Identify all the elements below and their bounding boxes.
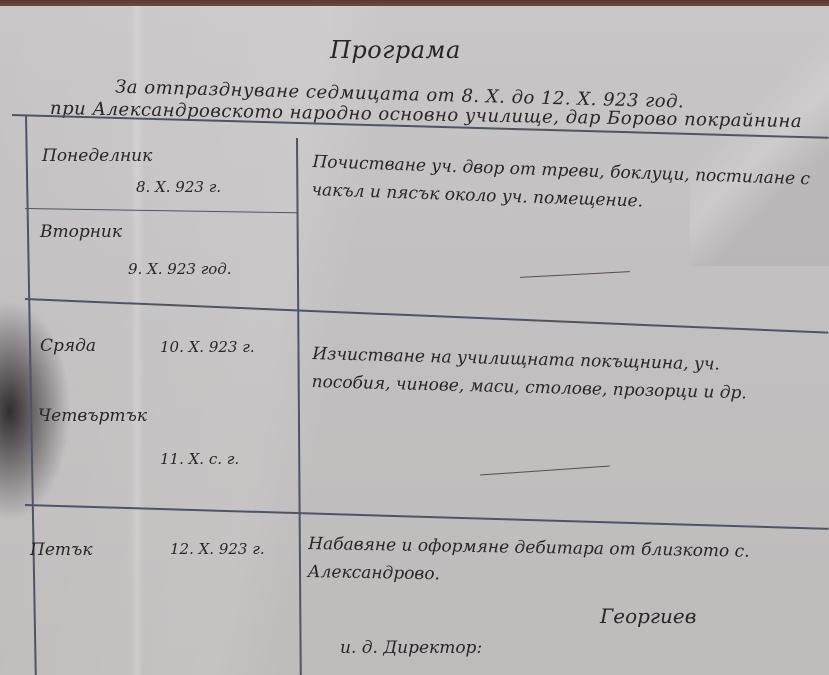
pen-stroke (520, 271, 630, 278)
day-monday: Понеделник (42, 146, 152, 166)
activity-row-2: Изчистване на училищната покъщнина, уч. … (311, 340, 802, 409)
date-monday: 8. X. 923 г. (136, 178, 221, 196)
date-wednesday: 10. X. 923 г. (160, 338, 255, 356)
date-thursday: 11. X. с. г. (160, 450, 239, 468)
day-tuesday: Вторник (40, 222, 122, 242)
table-column-rule (296, 138, 302, 675)
signature-name: Георгиев (600, 602, 696, 630)
pen-stroke (480, 465, 610, 475)
row-rule-1 (25, 298, 828, 334)
signature-label: и. д. Директор: (340, 634, 482, 662)
date-tuesday: 9. X. 923 год. (128, 260, 232, 278)
row-rule-mon-tue (25, 208, 297, 213)
table-left-rule (25, 116, 37, 675)
activity-row-3: Набавяне и оформяне дебитара от близкото… (308, 530, 819, 595)
date-friday: 12. X. 923 г. (170, 540, 265, 558)
row-rule-2 (25, 504, 829, 530)
day-wednesday: Сряда (40, 336, 96, 356)
day-friday: Петък (30, 540, 93, 560)
handwritten-document: Програма За отпразднуване седмицата от 8… (0, 6, 829, 675)
document-title: Програма (330, 36, 461, 64)
day-thursday: Четвъртък (38, 406, 147, 426)
